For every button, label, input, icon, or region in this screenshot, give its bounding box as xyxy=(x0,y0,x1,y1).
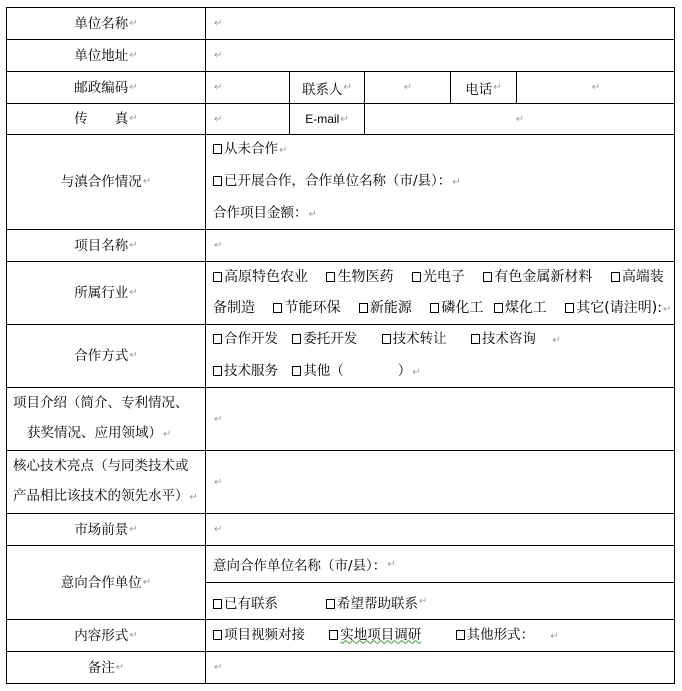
industry-plateau-agriculture[interactable]: 高原特色农业 xyxy=(213,269,308,285)
unit-name-label: 单位名称↵ xyxy=(7,8,206,39)
row-core-technology: 核心技术亮点（与同类技术或 产品相比该技术的领先水平）↵ ↵ xyxy=(7,451,674,514)
option-onsite-survey[interactable]: 实地项目调研 xyxy=(329,627,421,643)
mode-other[interactable]: 其他（ ） xyxy=(292,363,411,379)
mode-commissioned-development[interactable]: 委托开发 xyxy=(292,331,357,347)
industry-label: 所属行业↵ xyxy=(7,262,206,324)
market-prospect-field[interactable]: ↵ xyxy=(206,514,674,545)
project-name-label: 项目名称↵ xyxy=(7,230,206,261)
cooperation-mode-options: 合作开发 委托开发 技术转让 技术咨询 ↵ 技术服务 其他（ ）↵ xyxy=(206,325,674,387)
cooperation-mode-label: 合作方式↵ xyxy=(7,325,206,387)
unit-name-field[interactable]: ↵ xyxy=(206,8,674,39)
option-never-cooperated[interactable]: 从未合作↵ xyxy=(213,134,674,166)
mode-technical-consulting[interactable]: 技术咨询 xyxy=(471,331,536,347)
row-remarks: 备注↵ ↵ xyxy=(7,652,674,683)
row-market-prospect: 市场前景↵ ↵ xyxy=(7,514,674,546)
project-name-field[interactable]: ↵ xyxy=(206,230,674,261)
intended-partner-contact-options: 已有联系 希望帮助联系↵ xyxy=(206,583,674,620)
email-label: E-mail↵ xyxy=(290,104,365,134)
option-already-contacted[interactable]: 已有联系 xyxy=(213,592,278,612)
email-field[interactable]: ↵ xyxy=(365,104,674,134)
row-unit-address: 单位地址↵ ↵ xyxy=(7,40,674,72)
cooperation-status-options: 从未合作↵ 已开展合作，合作单位名称（市/县）：↵ 合作项目金额：↵ xyxy=(206,135,674,229)
checkbox[interactable] xyxy=(213,176,222,186)
postal-code-field[interactable]: ↵ xyxy=(206,72,290,103)
row-postal-contact-phone: 邮政编码↵ ↵ 联系人↵ ↵ 电话↵ ↵ xyxy=(7,72,674,104)
content-form-options: 项目视频对接 实地项目调研 其他形式： ↵ xyxy=(206,620,674,651)
phone-label: 电话↵ xyxy=(451,72,517,103)
industry-nonferrous-materials[interactable]: 有色金属新材料 xyxy=(483,269,592,285)
fax-label: 传 真↵ xyxy=(7,104,206,134)
contact-person-field[interactable]: ↵ xyxy=(365,72,451,103)
contact-person-label: 联系人↵ xyxy=(290,72,365,103)
row-cooperation-mode: 合作方式↵ 合作开发 委托开发 技术转让 技术咨询 ↵ 技术服务 其他（ ）↵ xyxy=(7,325,674,388)
option-need-help-contacting[interactable]: 希望帮助联系 xyxy=(326,592,418,612)
industry-biomedicine[interactable]: 生物医药 xyxy=(326,269,393,285)
project-intro-label: 项目介绍（简介、专利情况、 获奖情况、应用领域）↵ xyxy=(7,388,206,450)
market-prospect-label: 市场前景↵ xyxy=(7,514,206,545)
unit-address-label: 单位地址↵ xyxy=(7,40,206,71)
industry-high-end-equipment-cont: 备制造 xyxy=(213,300,255,316)
industry-options: 高原特色农业 生物医药 光电子 有色金属新材料 高端装 备制造 节能环保 新能源… xyxy=(206,262,674,324)
row-industry: 所属行业↵ 高原特色农业 生物医药 光电子 有色金属新材料 高端装 备制造 节能… xyxy=(7,262,674,325)
row-intended-partner: 意向合作单位↵ 意向合作单位名称（市/县）：↵ 已有联系 希望帮助联系↵ xyxy=(7,546,674,620)
industry-coal-chemical[interactable]: 煤化工 xyxy=(494,300,547,316)
intended-partner-name-field[interactable]: 意向合作单位名称（市/县）：↵ xyxy=(206,546,674,583)
option-other-form[interactable]: 其他形式： xyxy=(456,627,535,643)
content-form-label: 内容形式↵ xyxy=(7,620,206,651)
option-video-matchmaking[interactable]: 项目视频对接 xyxy=(213,627,305,643)
row-cooperation-status: 与滇合作情况↵ 从未合作↵ 已开展合作，合作单位名称（市/县）：↵ 合作项目金额… xyxy=(7,135,674,230)
unit-address-field[interactable]: ↵ xyxy=(206,40,674,71)
core-technology-field[interactable]: ↵ xyxy=(206,451,674,513)
industry-energy-saving[interactable]: 节能环保 xyxy=(273,300,340,316)
cooperation-amount[interactable]: 合作项目金额：↵ xyxy=(213,198,674,230)
postal-code-label: 邮政编码↵ xyxy=(7,72,206,103)
checkbox[interactable] xyxy=(213,144,222,154)
mode-technology-transfer[interactable]: 技术转让 xyxy=(382,331,447,347)
mode-joint-development[interactable]: 合作开发 xyxy=(213,331,278,347)
option-already-cooperated[interactable]: 已开展合作，合作单位名称（市/县）：↵ xyxy=(213,166,674,198)
industry-new-energy[interactable]: 新能源 xyxy=(359,300,412,316)
industry-optoelectronics[interactable]: 光电子 xyxy=(412,269,465,285)
cooperation-status-label: 与滇合作情况↵ xyxy=(7,135,206,229)
remarks-label: 备注↵ xyxy=(7,652,206,683)
row-project-name: 项目名称↵ ↵ xyxy=(7,230,674,262)
industry-high-end-equipment[interactable]: 高端装 xyxy=(611,269,664,285)
industry-other[interactable]: 其它(请注明): xyxy=(565,300,662,316)
mode-technical-service[interactable]: 技术服务 xyxy=(213,363,278,379)
row-unit-name: 单位名称↵ ↵ xyxy=(7,8,674,40)
industry-phosphorus-chemical[interactable]: 磷化工 xyxy=(430,300,483,316)
intended-partner-label: 意向合作单位↵ xyxy=(7,546,206,619)
core-technology-label: 核心技术亮点（与同类技术或 产品相比该技术的领先水平）↵ xyxy=(7,451,206,513)
project-intro-field[interactable]: ↵ xyxy=(206,388,674,450)
row-fax-email: 传 真↵ ↵ E-mail↵ ↵ xyxy=(7,104,674,135)
phone-field[interactable]: ↵ xyxy=(517,72,674,103)
fax-field[interactable]: ↵ xyxy=(206,104,290,134)
row-project-intro: 项目介绍（简介、专利情况、 获奖情况、应用领域）↵ ↵ xyxy=(7,388,674,451)
row-content-form: 内容形式↵ 项目视频对接 实地项目调研 其他形式： ↵ xyxy=(7,620,674,652)
intended-partner-block: 意向合作单位名称（市/县）：↵ 已有联系 希望帮助联系↵ xyxy=(206,546,674,619)
remarks-field[interactable]: ↵ xyxy=(206,652,674,683)
cooperation-project-form: 单位名称↵ ↵ 单位地址↵ ↵ 邮政编码↵ ↵ 联系人↵ ↵ 电话↵ ↵ 传 真… xyxy=(6,7,675,684)
